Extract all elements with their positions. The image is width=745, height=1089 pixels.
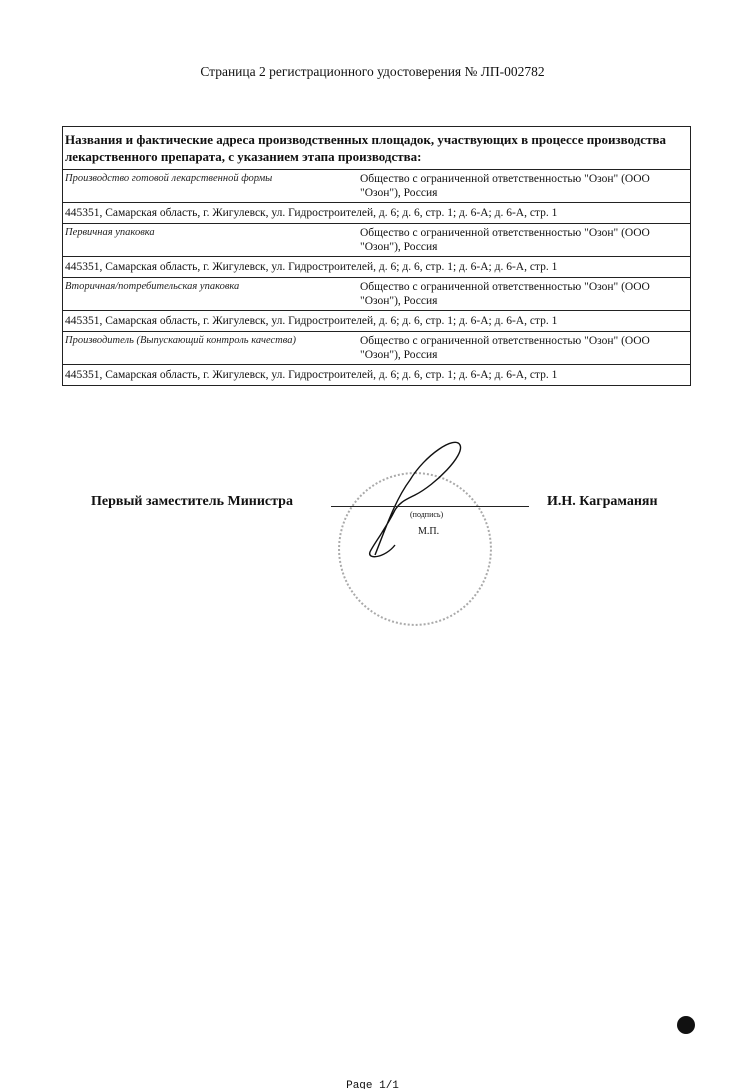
- stage-name: Вторичная/потребительская упаковка: [65, 280, 360, 308]
- organization: Общество с ограниченной ответственностью…: [360, 334, 688, 362]
- organization: Общество с ограниченной ответственностью…: [360, 172, 688, 200]
- table-row-stage: Первичная упаковка Общество с ограниченн…: [63, 224, 690, 257]
- stage-name: Производство готовой лекарственной формы: [65, 172, 360, 200]
- table-row-stage: Производитель (Выпускающий контроль каче…: [63, 332, 690, 365]
- table-row-address: 445351, Самарская область, г. Жигулевск,…: [63, 203, 690, 224]
- signature-block: Первый заместитель Министра (подпись) М.…: [0, 490, 745, 630]
- table-heading: Названия и фактические адреса производст…: [63, 127, 690, 170]
- signatory-name: И.Н. Каграманян: [547, 494, 658, 510]
- stamp-label: М.П.: [418, 526, 439, 537]
- table-row-address: 445351, Самарская область, г. Жигулевск,…: [63, 257, 690, 278]
- signatory-position: Первый заместитель Министра: [91, 494, 293, 510]
- signature-caption: (подпись): [410, 510, 443, 519]
- production-sites-table: Названия и фактические адреса производст…: [62, 126, 691, 386]
- table-row-address: 445351, Самарская область, г. Жигулевск,…: [63, 365, 690, 386]
- page-footer: Page 1/1: [0, 1080, 745, 1089]
- table-row-stage: Производство готовой лекарственной формы…: [63, 170, 690, 203]
- stage-name: Первичная упаковка: [65, 226, 360, 254]
- signature-line: [331, 506, 529, 507]
- organization: Общество с ограниченной ответственностью…: [360, 280, 688, 308]
- table-row-address: 445351, Самарская область, г. Жигулевск,…: [63, 311, 690, 332]
- scan-artifact-dot: [677, 1016, 695, 1034]
- stage-name: Производитель (Выпускающий контроль каче…: [65, 334, 360, 362]
- table-row-stage: Вторичная/потребительская упаковка Общес…: [63, 278, 690, 311]
- page-header: Страница 2 регистрационного удостоверени…: [0, 64, 745, 80]
- organization: Общество с ограниченной ответственностью…: [360, 226, 688, 254]
